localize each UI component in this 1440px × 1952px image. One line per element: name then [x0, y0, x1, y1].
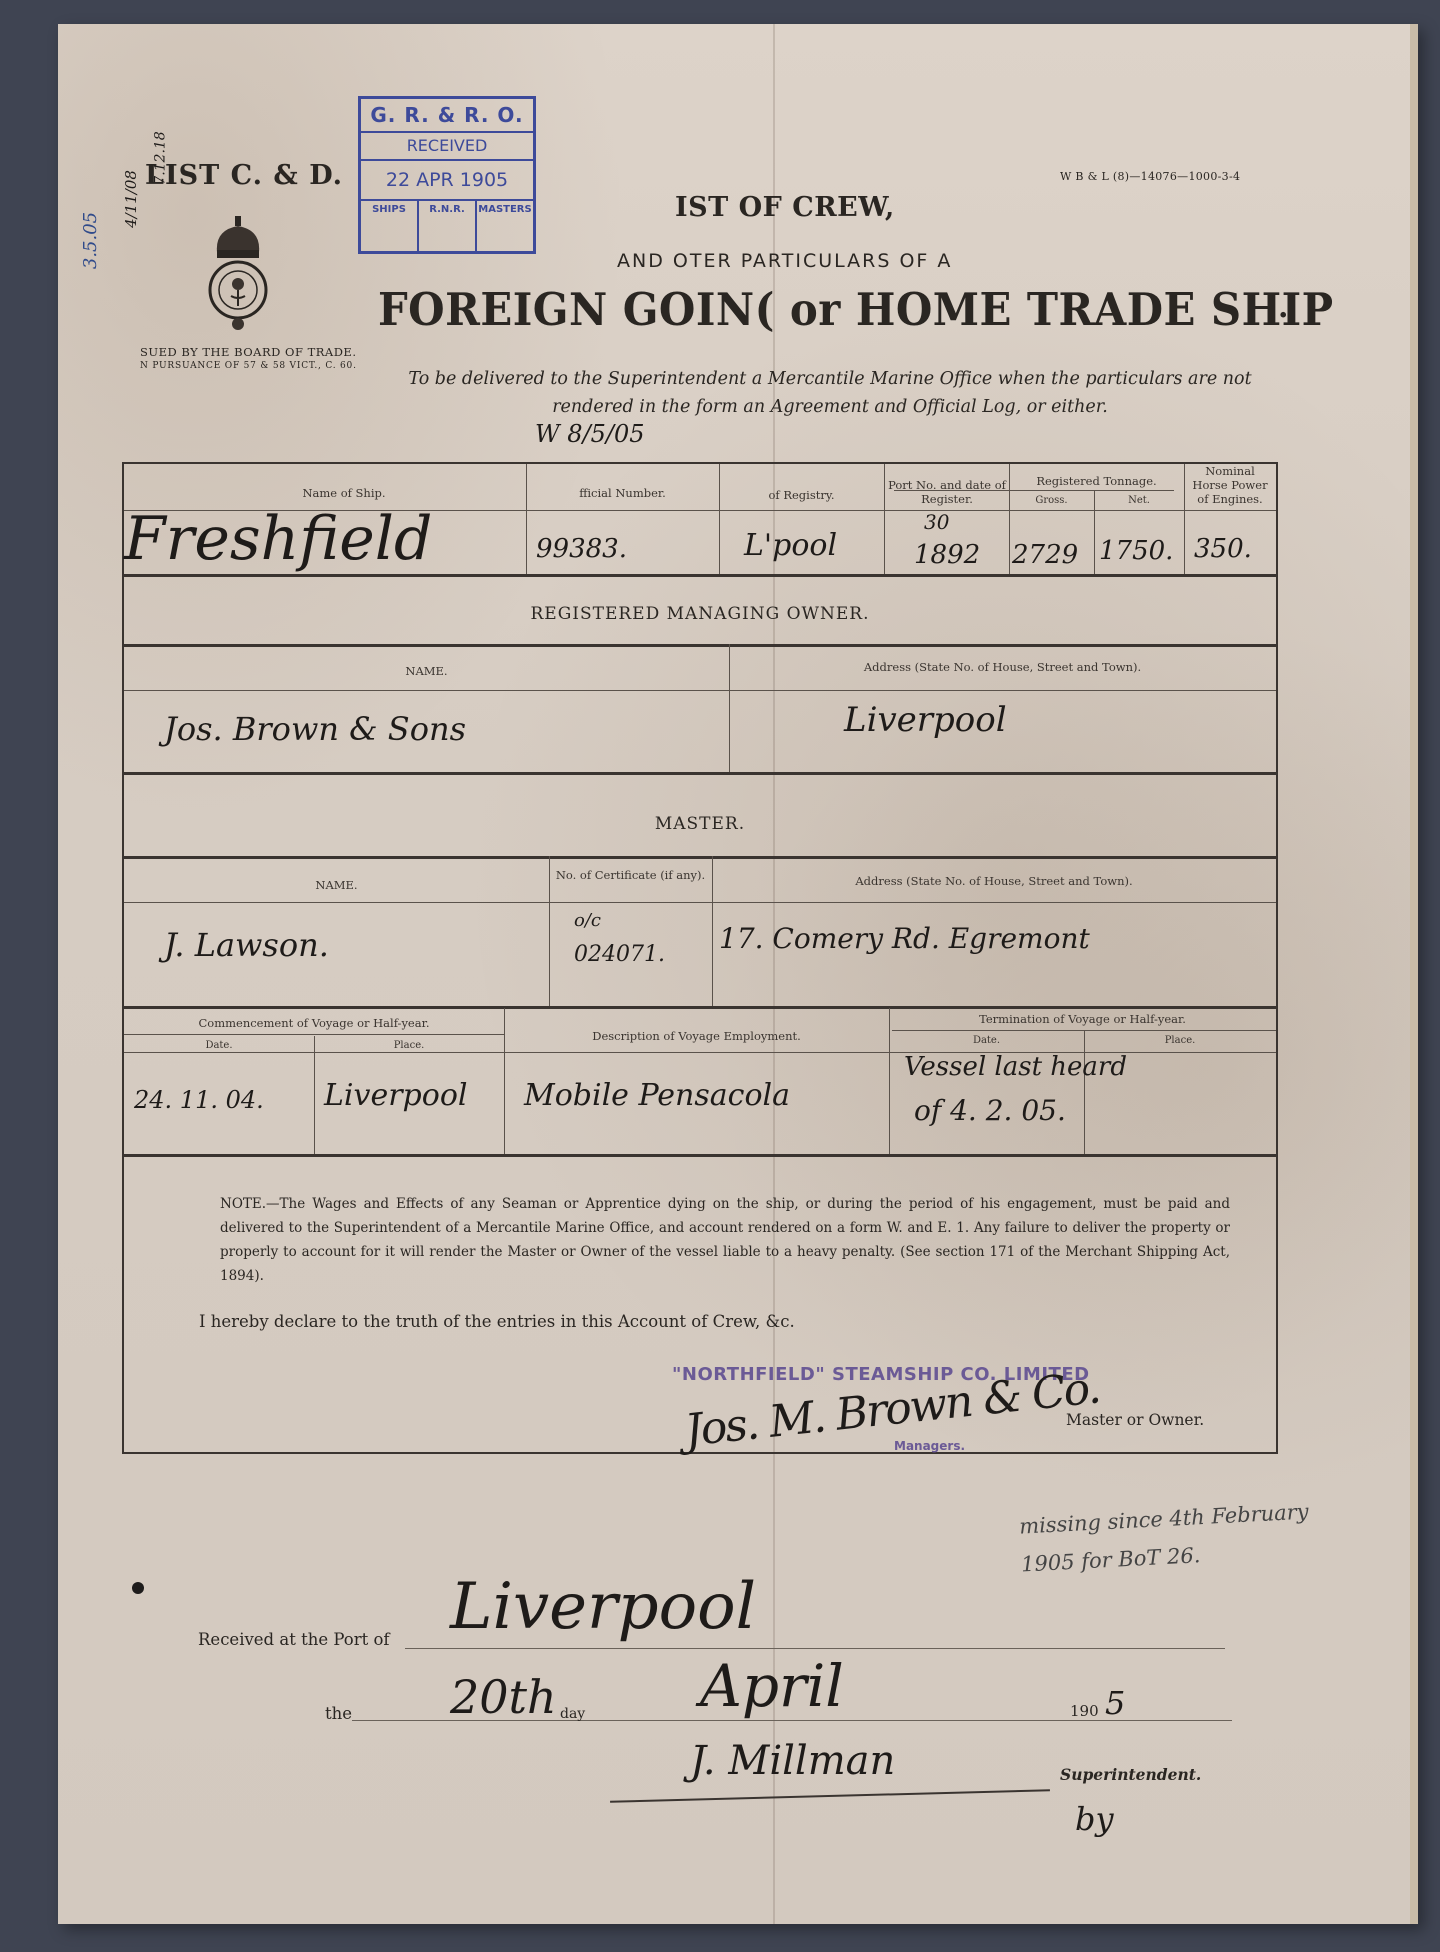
declaration-text: I hereby declare to the truth of the ent… — [199, 1312, 795, 1331]
gross-tonnage-value: 2729 — [1012, 540, 1078, 570]
note-text: —The Wages and Effects of any Seaman or … — [220, 1196, 1230, 1284]
received-port-label: Received at the Port of — [198, 1630, 390, 1649]
issued-pursuance-text: N PURSUANCE OF 57 & 58 VICT., C. 60. — [140, 361, 357, 371]
superintendent-signature: J. Millman — [690, 1738, 895, 1784]
label-horse-power: Nominal Horse Power of Engines. — [1186, 464, 1274, 506]
register-year-value: 1892 — [914, 540, 980, 570]
net-tonnage-value: 1750. — [1099, 536, 1173, 566]
label-tonnage: Registered Tonnage. — [1009, 474, 1184, 488]
label-ship-name: Name of Ship. — [184, 486, 504, 500]
label-port-registry: of Registry. — [719, 488, 884, 502]
punch-hole — [132, 1582, 144, 1594]
master-name-value: J. Lawson. — [164, 926, 329, 964]
section-master: MASTER. — [124, 814, 1276, 834]
list-label: LIST C. & D. — [145, 160, 343, 191]
label-port-no-date: Port No. and date of Register. — [886, 478, 1008, 506]
year-prefix: 190 — [1070, 1702, 1099, 1720]
port-underline — [405, 1648, 1225, 1649]
certificate-prefix: o/c — [574, 910, 601, 931]
royal-crest-icon — [205, 212, 271, 342]
by-note: by — [1075, 1800, 1114, 1838]
label-certificate: No. of Certificate (if any). — [549, 868, 712, 882]
termination-line-1: Vessel last heard — [904, 1052, 1127, 1082]
label-voyage-description: Description of Voyage Employment. — [504, 1029, 889, 1043]
master-address-value: 17. Comery Rd. Egremont — [719, 922, 1090, 955]
subtitle-instructions: To be delivered to the Superintendent a … — [385, 365, 1275, 421]
label-end-date: Date. — [889, 1034, 1084, 1048]
label-owner-address: Address (State No. of House, Street and … — [729, 660, 1276, 674]
margin-note-1: 3.5.05 — [80, 212, 101, 269]
start-date-value: 24. 11. 04. — [134, 1086, 264, 1114]
master-owner-label: Master or Owner. — [1066, 1411, 1204, 1429]
the-label: the — [325, 1704, 352, 1723]
received-stamp: G. R. & R. O. RECEIVED 22 APR 1905 SHIPS… — [358, 96, 536, 254]
stamp-date: 22 APR 1905 — [361, 161, 533, 201]
label-start-date: Date. — [124, 1039, 314, 1053]
issued-by-text: SUED BY THE BOARD OF TRADE. — [140, 345, 357, 359]
label-master-address: Address (State No. of House, Street and … — [712, 874, 1276, 888]
official-number-value: 99383. — [536, 534, 627, 564]
receipt-port-value: Liverpool — [450, 1570, 756, 1644]
start-place-value: Liverpool — [324, 1078, 467, 1113]
stamp-col-masters: MASTERS — [477, 201, 533, 251]
section-managing-owner: REGISTERED MANAGING OWNER. — [124, 604, 1276, 624]
label-official-number: fficial Number. — [526, 486, 719, 500]
stamp-status: RECEIVED — [361, 133, 533, 161]
port-no-value: 30 — [924, 510, 949, 534]
note-label: NOTE. — [220, 1196, 266, 1212]
label-end-place: Place. — [1084, 1034, 1276, 1048]
title-main: FOREIGN GOIN( or HOME TRADE SHIP — [378, 283, 1334, 336]
certificate-value: 024071. — [574, 942, 665, 967]
receipt-day-value: 20th — [450, 1670, 557, 1724]
ship-name-value: Freshfield — [124, 504, 432, 574]
label-net: Net. — [1094, 494, 1184, 508]
title-other-particulars: AND OTER PARTICULARS OF A — [617, 250, 952, 272]
owner-name-value: Jos. Brown & Sons — [164, 710, 466, 748]
handwritten-date-mark: W 8/5/05 — [535, 420, 645, 448]
note-paragraph: NOTE.—The Wages and Effects of any Seama… — [220, 1192, 1230, 1288]
day-label: day — [560, 1706, 585, 1722]
stamp-col-ships: SHIPS — [361, 201, 419, 251]
receipt-month-value: April — [700, 1652, 844, 1720]
label-owner-name: NAME. — [124, 664, 729, 678]
stamp-col-rnr: R.N.R. — [419, 201, 477, 251]
label-commencement: Commencement of Voyage or Half-year. — [124, 1016, 504, 1030]
margin-note-2: 4/11/08 — [122, 170, 140, 228]
label-gross: Gross. — [1009, 494, 1094, 508]
label-termination: Termination of Voyage or Half-year. — [889, 1012, 1276, 1026]
termination-line-2: of 4. 2. 05. — [914, 1094, 1066, 1127]
label-start-place: Place. — [314, 1039, 504, 1053]
form-reference: W B & L (8)—14076—1000-3-4 — [1060, 170, 1240, 183]
voyage-description-value: Mobile Pensacola — [524, 1078, 790, 1113]
year-suffix: 5 — [1105, 1684, 1125, 1722]
horse-power-value: 350. — [1194, 534, 1252, 564]
owner-address-value: Liverpool — [844, 700, 1007, 740]
title-list-of-crew: IST OF CREW, — [675, 192, 895, 223]
crew-list-form: Name of Ship. fficial Number. of Registr… — [122, 462, 1278, 1454]
managers-stamp: Managers. — [894, 1439, 965, 1453]
label-master-name: NAME. — [124, 878, 549, 892]
stamp-org: G. R. & R. O. — [361, 99, 533, 133]
title-dot: . — [1278, 290, 1288, 325]
pencil-margin-note: missing since 4th February 1905 for BoT … — [1018, 1492, 1311, 1583]
superintendent-label: Superintendent. — [1060, 1765, 1201, 1784]
port-registry-value: L'pool — [744, 528, 837, 563]
